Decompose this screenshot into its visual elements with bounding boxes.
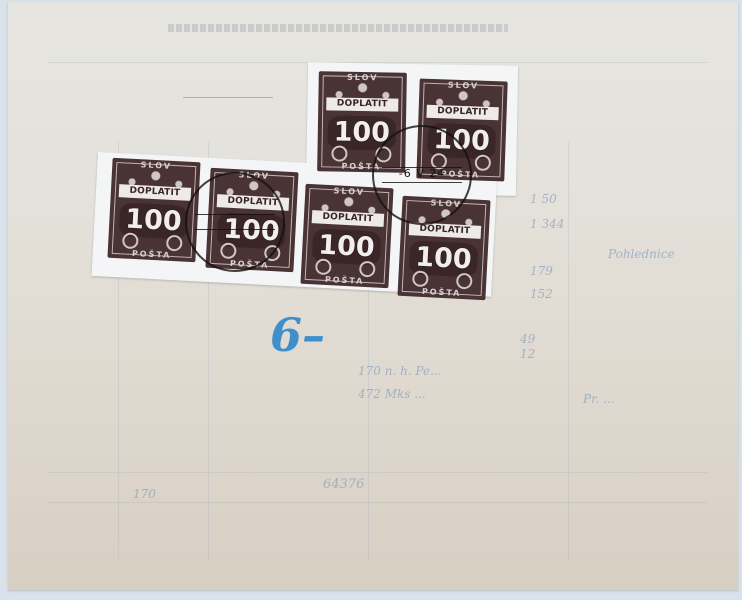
grid-line: [48, 502, 708, 503]
stamp-label: DOPLATIT: [426, 105, 498, 121]
handwritten-text: 1 344: [530, 217, 564, 231]
handwritten-text: 179: [530, 264, 553, 278]
stamp-label: DOPLATIT: [326, 97, 398, 111]
handwritten-text: 49: [520, 332, 535, 346]
handwritten-text: 170 n. h. Pe...: [358, 364, 442, 378]
handwritten-text: 1 50: [530, 192, 557, 206]
blue-crayon-mark: 6–: [270, 312, 325, 358]
grid-line: [568, 142, 569, 562]
handwritten-text: 170: [133, 487, 156, 501]
handwritten-total: 64376: [323, 477, 364, 492]
handwritten-text: 472 Mks ...: [358, 387, 426, 401]
postmark-right: -6 V 24: [372, 125, 472, 225]
handwritten-text: Pr. ...: [583, 392, 615, 406]
handwritten-text: 12: [520, 347, 535, 361]
handwritten-line: [183, 97, 273, 98]
postmark-left: [185, 172, 285, 272]
handwritten-text: 152: [530, 287, 553, 301]
handwritten-text: Pohlednice: [608, 247, 675, 261]
grid-line: [48, 472, 708, 473]
printed-header: [168, 24, 508, 32]
stamp-top-text: SLOV: [319, 72, 407, 83]
